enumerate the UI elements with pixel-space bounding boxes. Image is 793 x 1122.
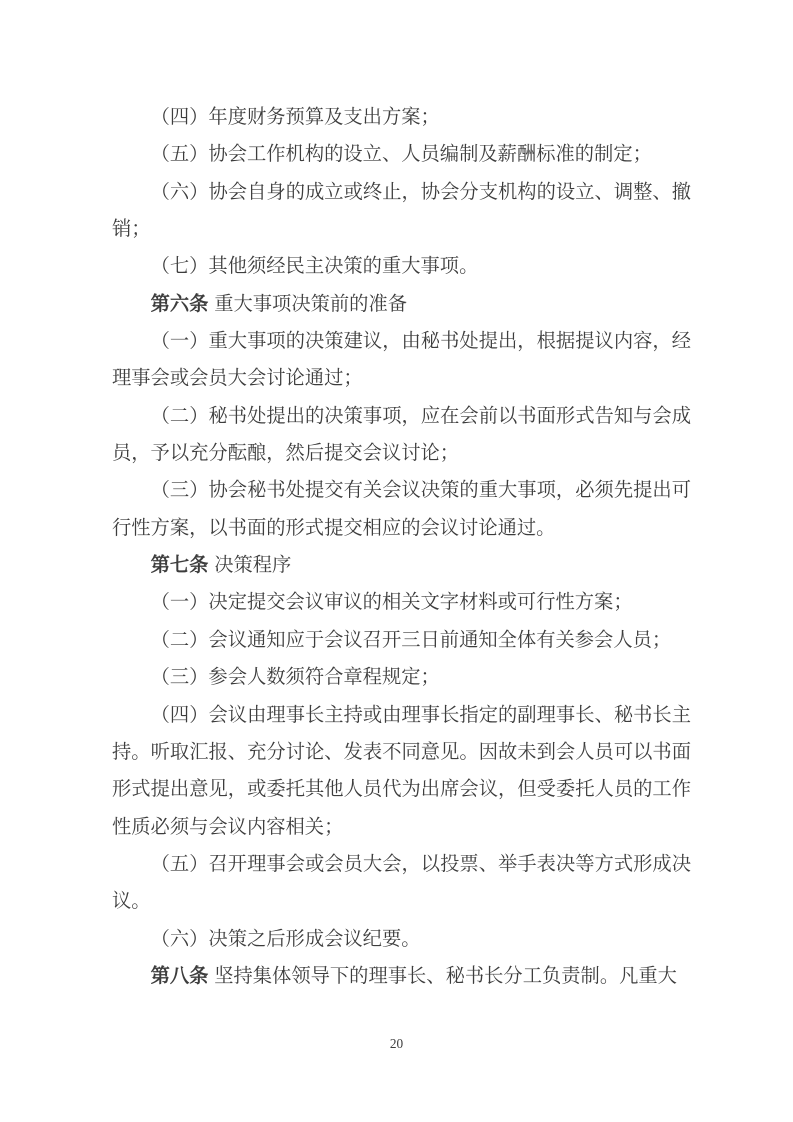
paragraph-text: 重大事项决策前的准备 bbox=[214, 294, 407, 315]
article-number: 第七条 bbox=[151, 555, 209, 576]
paragraph: 第八条坚持集体领导下的理事长、秘书长分工负责制。凡重大 bbox=[112, 958, 691, 995]
paragraph: （三）协会秘书处提交有关会议决策的重大事项，必须先提出可行性方案，以书面的形式提… bbox=[112, 472, 691, 547]
document-content: （四）年度财务预算及支出方案；（五）协会工作机构的设立、人员编制及薪酬标准的制定… bbox=[112, 99, 691, 995]
paragraph-text: （三）参会人数须符合章程规定； bbox=[151, 667, 440, 688]
paragraph-text: （一）重大事项的决策建议，由秘书处提出，根据提议内容，经理事会或会员大会讨论通过… bbox=[112, 331, 691, 389]
paragraph-text: （一）决定提交会议审议的相关文字材料或可行性方案； bbox=[151, 592, 633, 613]
paragraph-text: （四）会议由理事长主持或由理事长指定的副理事长、秘书长主持。听取汇报、充分讨论、… bbox=[112, 705, 691, 838]
paragraph-text: （三）协会秘书处提交有关会议决策的重大事项，必须先提出可行性方案，以书面的形式提… bbox=[112, 480, 691, 538]
paragraph-text: （五）召开理事会或会员大会，以投票、举手表决等方式形成决议。 bbox=[112, 854, 691, 912]
paragraph-text: （二）会议通知应于会议召开三日前通知全体有关参会人员； bbox=[151, 630, 672, 651]
paragraph-text: （六）协会自身的成立或终止，协会分支机构的设立、调整、撤销； bbox=[112, 182, 691, 240]
paragraph: （四）年度财务预算及支出方案； bbox=[112, 99, 691, 136]
page-number: 20 bbox=[0, 1036, 793, 1052]
paragraph-text: （五）协会工作机构的设立、人员编制及薪酬标准的制定； bbox=[151, 144, 652, 165]
paragraph-text: 决策程序 bbox=[214, 555, 291, 576]
paragraph: （三）参会人数须符合章程规定； bbox=[112, 659, 691, 696]
paragraph: （一）重大事项的决策建议，由秘书处提出，根据提议内容，经理事会或会员大会讨论通过… bbox=[112, 323, 691, 398]
article-number: 第六条 bbox=[151, 294, 209, 315]
article-number: 第八条 bbox=[151, 966, 209, 987]
paragraph: （四）会议由理事长主持或由理事长指定的副理事长、秘书长主持。听取汇报、充分讨论、… bbox=[112, 697, 691, 846]
document-page: （四）年度财务预算及支出方案；（五）协会工作机构的设立、人员编制及薪酬标准的制定… bbox=[0, 0, 793, 1122]
paragraph: （六）协会自身的成立或终止，协会分支机构的设立、调整、撤销； bbox=[112, 174, 691, 249]
paragraph: （二）会议通知应于会议召开三日前通知全体有关参会人员； bbox=[112, 622, 691, 659]
paragraph-text: 坚持集体领导下的理事长、秘书长分工负责制。凡重大 bbox=[214, 966, 677, 987]
paragraph-text: （七）其他须经民主决策的重大事项。 bbox=[151, 256, 479, 277]
paragraph: （五）召开理事会或会员大会，以投票、举手表决等方式形成决议。 bbox=[112, 846, 691, 921]
paragraph-text: （二）秘书处提出的决策事项，应在会前以书面形式告知与会成员，予以充分酝酿，然后提… bbox=[112, 406, 691, 464]
paragraph: （二）秘书处提出的决策事项，应在会前以书面形式告知与会成员，予以充分酝酿，然后提… bbox=[112, 398, 691, 473]
paragraph-text: （四）年度财务预算及支出方案； bbox=[151, 107, 440, 128]
paragraph: 第七条决策程序 bbox=[112, 547, 691, 584]
paragraph: （五）协会工作机构的设立、人员编制及薪酬标准的制定； bbox=[112, 136, 691, 173]
paragraph: （七）其他须经民主决策的重大事项。 bbox=[112, 248, 691, 285]
paragraph: （六）决策之后形成会议纪要。 bbox=[112, 921, 691, 958]
paragraph-text: （六）决策之后形成会议纪要。 bbox=[151, 929, 421, 950]
paragraph: 第六条重大事项决策前的准备 bbox=[112, 286, 691, 323]
paragraph: （一）决定提交会议审议的相关文字材料或可行性方案； bbox=[112, 584, 691, 621]
